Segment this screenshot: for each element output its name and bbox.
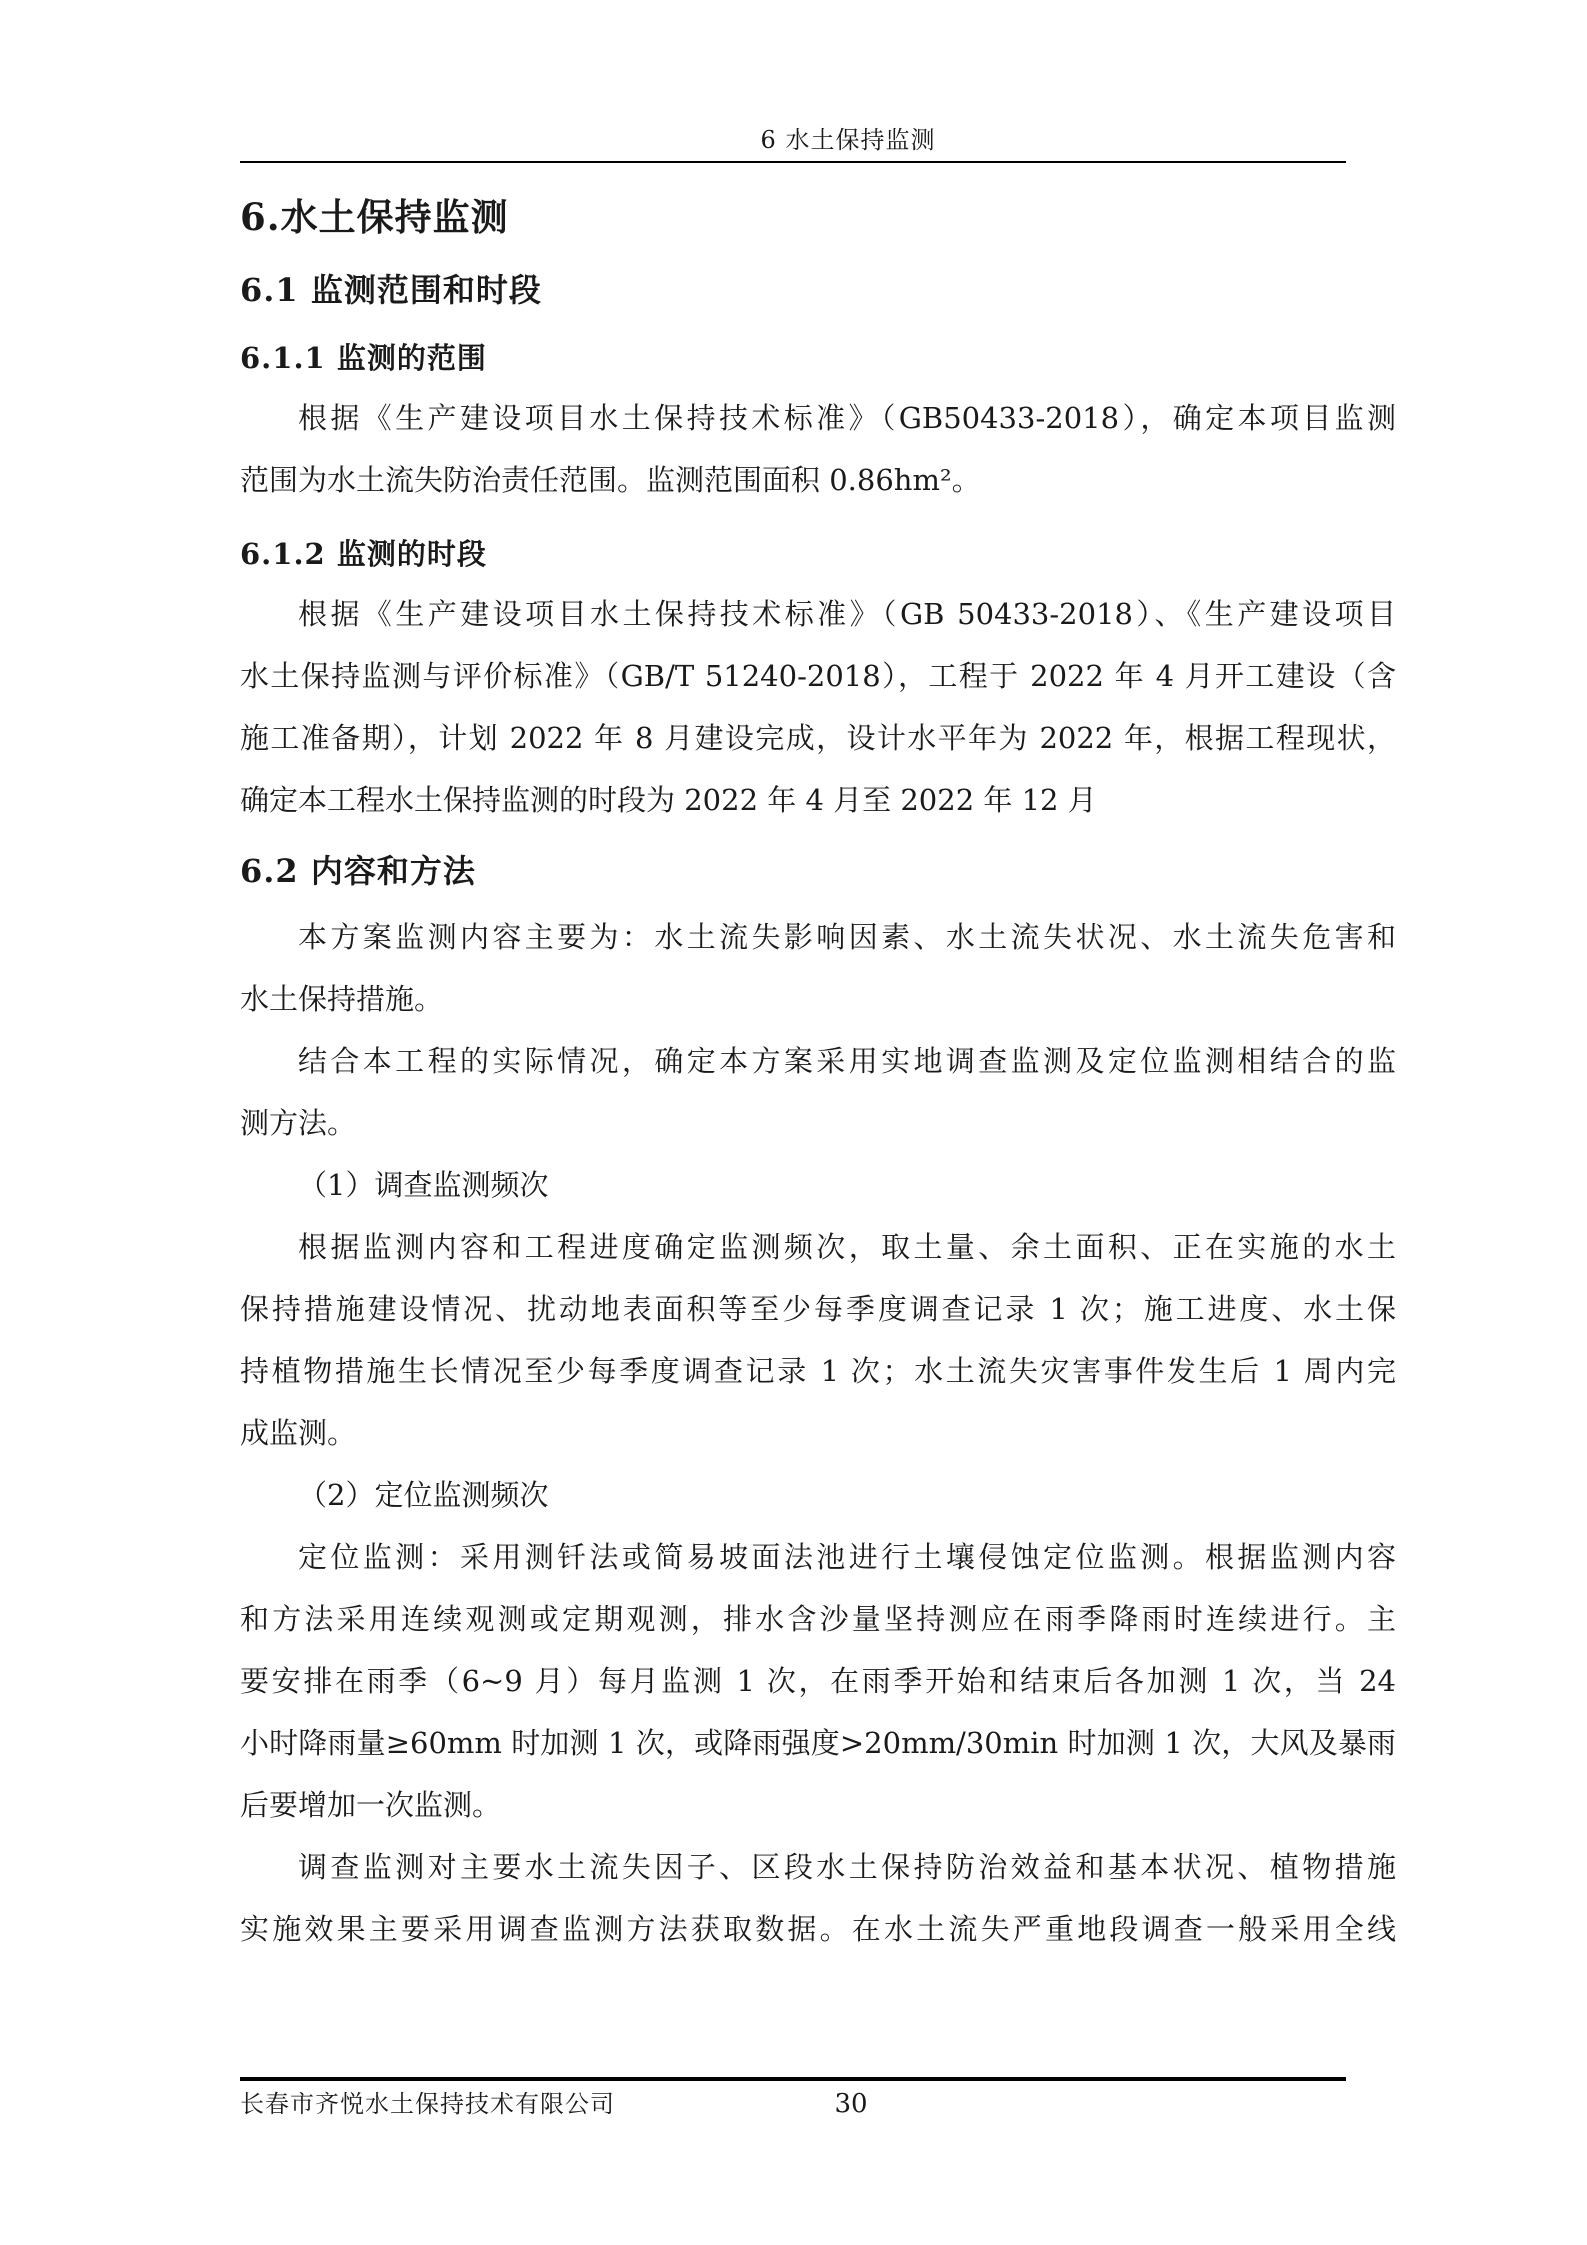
paragraph: 根据监测内容和工程进度确定监测频次，取土量、余土面积、正在实施的水土保持措施建设… — [240, 1216, 1396, 1464]
paragraph-line: 根据《生产建设项目水土保持技术标准》（GB50433-2018），确定本项目监测 — [240, 387, 1396, 449]
heading-h2: 6.1 监测范围和时段 — [240, 265, 1396, 315]
page-footer: 长春市齐悦水土保持技术有限公司 30 — [240, 2077, 1346, 2118]
paragraph-line: 要安排在雨季（6~9 月）每月监测 1 次，在雨季开始和结束后各加测 1 次，当… — [240, 1650, 1396, 1712]
paragraph-line: 本方案监测内容主要为：水土流失影响因素、水土流失状况、水土流失危害和 — [240, 906, 1396, 968]
paragraph: （2）定位监测频次 — [240, 1464, 1396, 1526]
paragraph-line: 定位监测：采用测钎法或简易坡面法池进行土壤侵蚀定位监测。根据监测内容 — [240, 1526, 1396, 1588]
heading-h3: 6.1.1 监测的范围 — [240, 336, 1396, 380]
heading-h2: 6.2 内容和方法 — [240, 846, 1396, 896]
paragraph-line: 测方法。 — [240, 1092, 1396, 1154]
paragraph: 根据《生产建设项目水土保持技术标准》（GB50433-2018），确定本项目监测… — [240, 387, 1396, 511]
paragraph-line: 范围为水土流失防治责任范围。监测范围面积 0.86hm²。 — [240, 449, 1396, 511]
paragraph-line: （1）调查监测频次 — [240, 1154, 1396, 1216]
paragraph-line: 水土保持监测与评价标准》（GB/T 51240-2018），工程于 2022 年… — [240, 645, 1396, 707]
page-number: 30 — [834, 2090, 867, 2118]
paragraph: 定位监测：采用测钎法或简易坡面法池进行土壤侵蚀定位监测。根据监测内容和方法采用连… — [240, 1526, 1396, 1836]
page-header: 6 水土保持监测 — [240, 126, 1346, 163]
header-title: 6 水土保持监测 — [761, 126, 936, 154]
paragraph-line: 和方法采用连续观测或定期观测，排水含沙量坚持测应在雨季降雨时连续进行。主 — [240, 1588, 1396, 1650]
paragraph-line: 结合本工程的实际情况，确定本方案采用实地调查监测及定位监测相结合的监 — [240, 1030, 1396, 1092]
footer-company: 长春市齐悦水土保持技术有限公司 — [240, 2090, 615, 2118]
paragraph-line: 施工准备期），计划 2022 年 8 月建设完成，设计水平年为 2022 年，根… — [240, 707, 1396, 769]
paragraph-line: 实施效果主要采用调查监测方法获取数据。在水土流失严重地段调查一般采用全线 — [240, 1898, 1396, 1960]
paragraph-line: 确定本工程水土保持监测的时段为 2022 年 4 月至 2022 年 12 月 — [240, 769, 1396, 831]
paragraph: （1）调查监测频次 — [240, 1154, 1396, 1216]
heading-h3: 6.1.2 监测的时段 — [240, 532, 1396, 576]
paragraph: 结合本工程的实际情况，确定本方案采用实地调查监测及定位监测相结合的监测方法。 — [240, 1030, 1396, 1154]
paragraph: 本方案监测内容主要为：水土流失影响因素、水土流失状况、水土流失危害和水土保持措施… — [240, 906, 1396, 1030]
paragraph-line: 小时降雨量≥60mm 时加测 1 次，或降雨强度>20mm/30min 时加测 … — [240, 1712, 1396, 1774]
paragraph-line: 成监测。 — [240, 1402, 1396, 1464]
paragraph: 根据《生产建设项目水土保持技术标准》（GB 50433-2018）、《生产建设项… — [240, 583, 1396, 831]
paragraph-line: 保持措施建设情况、扰动地表面积等至少每季度调查记录 1 次；施工进度、水土保 — [240, 1278, 1396, 1340]
paragraph: 调查监测对主要水土流失因子、区段水土保持防治效益和基本状况、植物措施实施效果主要… — [240, 1836, 1396, 1960]
paragraph-line: 调查监测对主要水土流失因子、区段水土保持防治效益和基本状况、植物措施 — [240, 1836, 1396, 1898]
paragraph-line: 后要增加一次监测。 — [240, 1774, 1396, 1836]
paragraph-line: （2）定位监测频次 — [240, 1464, 1396, 1526]
paragraph-line: 根据监测内容和工程进度确定监测频次，取土量、余土面积、正在实施的水土 — [240, 1216, 1396, 1278]
paragraph-line: 水土保持措施。 — [240, 968, 1396, 1030]
document-body: 6.水土保持监测6.1 监测范围和时段6.1.1 监测的范围根据《生产建设项目水… — [240, 189, 1396, 1960]
document-page: 6 水土保持监测 6.水土保持监测6.1 监测范围和时段6.1.1 监测的范围根… — [0, 0, 1587, 2245]
paragraph-line: 根据《生产建设项目水土保持技术标准》（GB 50433-2018）、《生产建设项… — [240, 583, 1396, 645]
heading-h1: 6.水土保持监测 — [240, 189, 1396, 245]
paragraph-line: 持植物措施生长情况至少每季度调查记录 1 次；水土流失灾害事件发生后 1 周内完 — [240, 1340, 1396, 1402]
